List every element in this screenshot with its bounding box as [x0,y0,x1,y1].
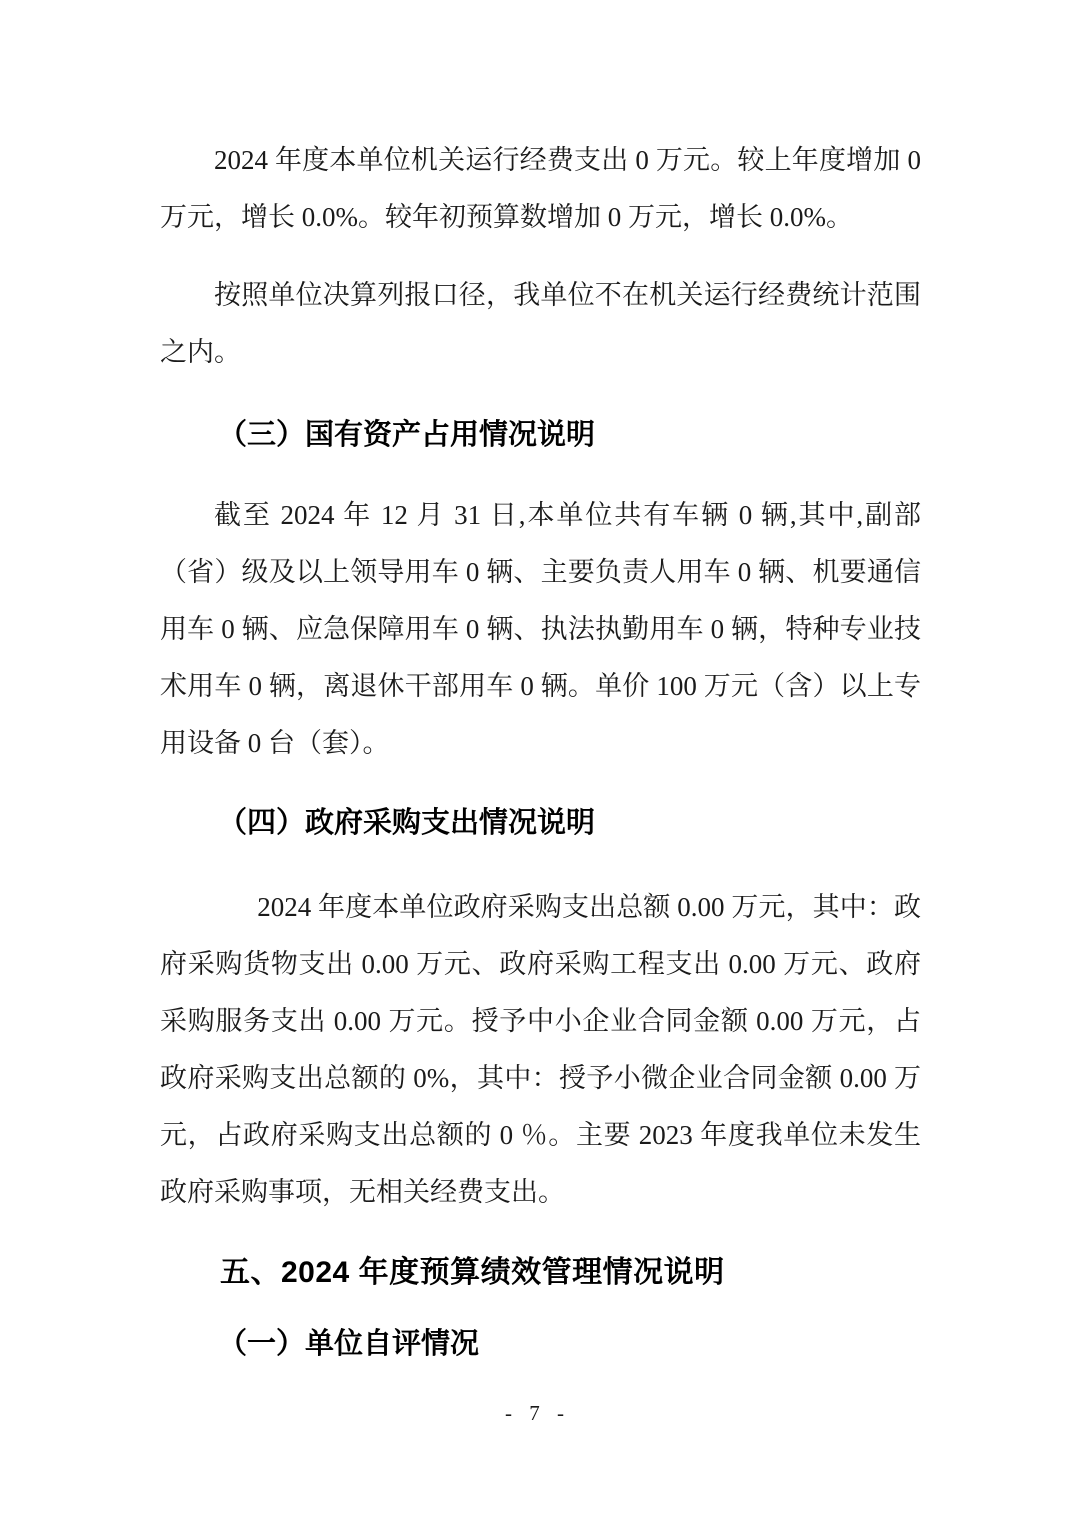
document-body: 2024 年度本单位机关运行经费支出 0 万元。较上年度增加 0 万元，增长 0… [0,0,1075,1366]
document-page: 2024 年度本单位机关运行经费支出 0 万元。较上年度增加 0 万元，增长 0… [0,0,1075,1520]
heading-government-procurement: （四）政府采购支出情况说明 [160,801,921,845]
paragraph-vehicles-and-equipment: 截至 2024 年 12 月 31 日,本单位共有车辆 0 辆,其中,副部（省）… [160,487,921,772]
page-number: - 7 - [505,1401,570,1425]
heading-state-assets-occupancy: （三）国有资产占用情况说明 [160,413,921,457]
paragraph-operating-expense: 2024 年度本单位机关运行经费支出 0 万元。较上年度增加 0 万元，增长 0… [160,132,921,246]
paragraph-government-procurement-detail: 2024 年度本单位政府采购支出总额 0.00 万元，其中：政府采购货物支出 0… [160,879,921,1221]
heading-unit-self-evaluation: （一）单位自评情况 [160,1322,921,1366]
page-footer: - 7 - [0,1400,1075,1426]
heading-budget-performance-management: 五、2024 年度预算绩效管理情况说明 [160,1251,921,1295]
paragraph-statistics-caliber: 按照单位决算列报口径，我单位不在机关运行经费统计范围之内。 [160,267,921,381]
